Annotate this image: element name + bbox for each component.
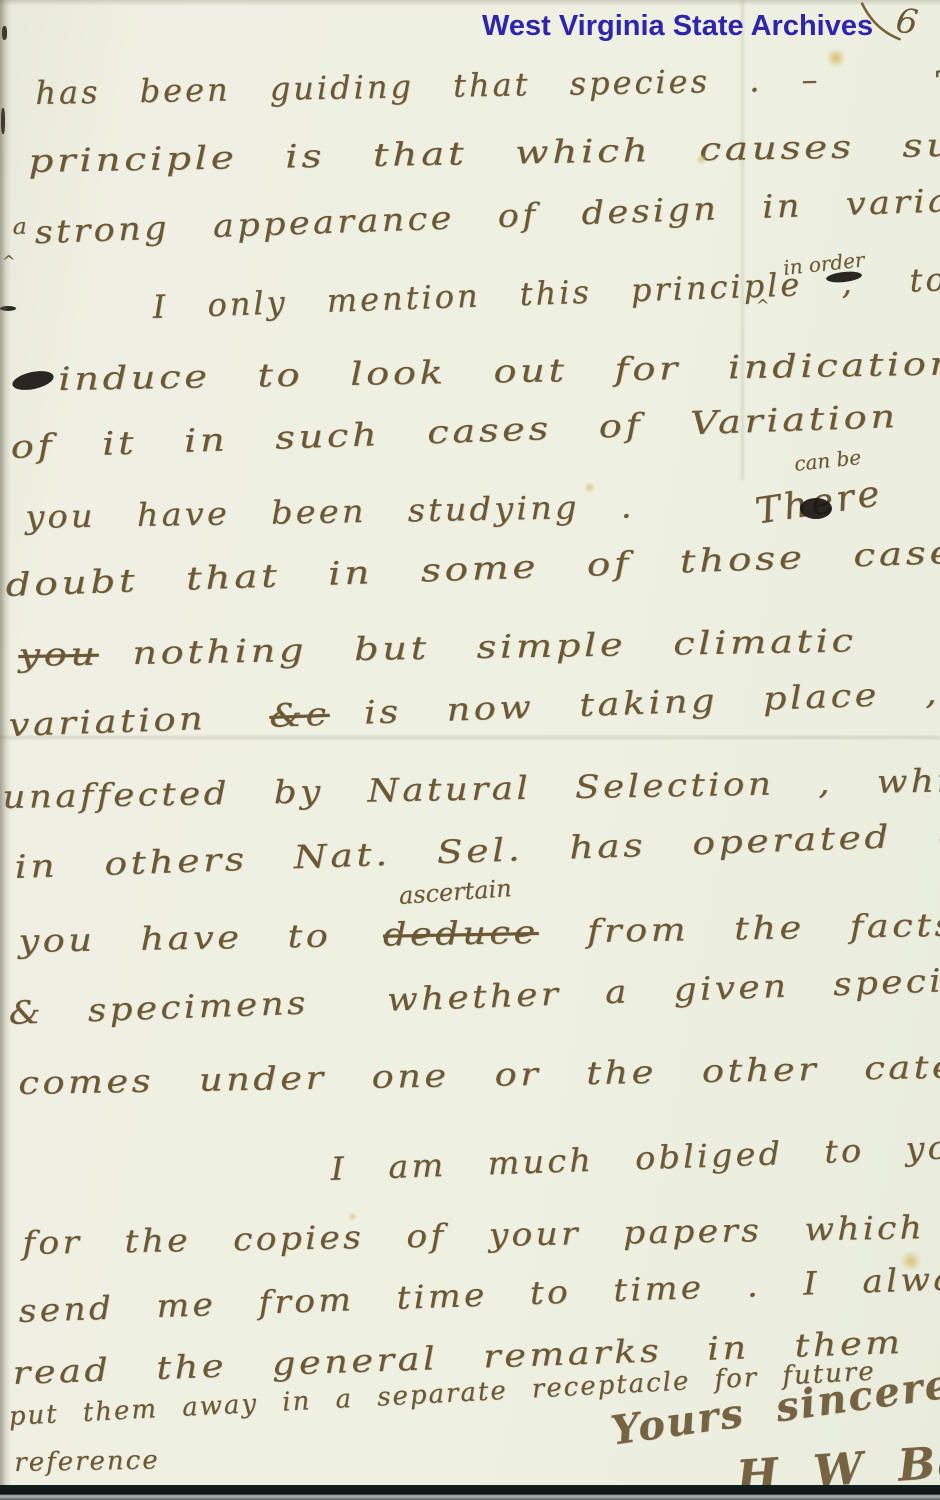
- letter-word-segment: from the facts: [587, 906, 940, 950]
- foxing-stain: [900, 1250, 922, 1272]
- letter-line: variation&cis now taking place ,: [8, 673, 940, 743]
- letter-word-segment: comes under one or the other category .: [18, 1045, 940, 1102]
- paper-left-edge: [0, 0, 11, 1500]
- letter-line: unaffected by Natural Selection , whilst: [2, 760, 940, 816]
- letter-line: has been guiding that species . –This: [35, 55, 940, 113]
- foxing-stain: [696, 154, 707, 165]
- letter-word-segment: reference: [14, 1445, 160, 1478]
- letter-word-segment: doubt that in some of those cases: [5, 532, 940, 604]
- letter-word-segment: &c: [269, 695, 331, 735]
- letter-word-segment: deduce: [383, 913, 539, 954]
- letter-word-segment: nothing but simple climatic: [132, 621, 857, 672]
- interlinear-insertion: ^: [756, 296, 769, 315]
- letter-word-segment: induce to look out for indications: [58, 344, 940, 398]
- paper-top-edge: [0, 0, 940, 6]
- foxing-stain: [584, 482, 595, 493]
- letter-line: astrong appearance of design in variatio…: [12, 176, 940, 252]
- interlinear-insertion: ascertain: [398, 874, 513, 910]
- foxing-stain: [826, 48, 846, 68]
- letter-line: comes under one or the other category .: [18, 1045, 940, 1102]
- edge-speck: [2, 26, 7, 40]
- letter-word-segment: strong appearance of design in variation…: [34, 176, 940, 251]
- letter-line: & specimenswhether a given species: [8, 960, 940, 1032]
- foxing-stain: [348, 1212, 357, 1221]
- letter-word-segment: I am much obliged to you: [330, 1127, 940, 1187]
- interlinear-insertion: can be: [793, 445, 862, 476]
- archives-stamp: West Virginia State Archives: [482, 10, 873, 43]
- ink-blot: [800, 498, 832, 519]
- letter-line: in others Nat. Sel. has operated &: [14, 814, 940, 886]
- scan-bottom-edge: [0, 1485, 940, 1500]
- letter-word-segment: This: [932, 46, 940, 106]
- letter-line: principle is that which causes such: [28, 125, 940, 180]
- letter-word-segment: variation: [8, 699, 207, 744]
- letter-line: send me from time to time . I always: [18, 1258, 940, 1330]
- letter-line: induce to look out for indications: [58, 344, 940, 398]
- letter-word-segment: send me from time to time . I always: [18, 1258, 940, 1330]
- letter-word-segment: you have to: [18, 917, 332, 960]
- letter-line: doubt that in some of those cases: [5, 532, 940, 604]
- scanned-letter-page: West Virginia State Archives 6 has been …: [0, 0, 940, 1500]
- letter-word-segment: you have been studying .: [25, 487, 635, 536]
- ink-blot: [11, 368, 56, 393]
- letter-word-segment: to: [909, 260, 940, 299]
- letter-word-segment: I only mention this principle ,: [152, 263, 855, 325]
- letter-word-segment: principle is that which causes such: [28, 125, 940, 180]
- pen-swoop-stroke: [854, 0, 906, 53]
- letter-word-segment: unaffected by Natural Selection , whilst: [2, 760, 940, 816]
- page-number: 6: [893, 1, 920, 44]
- letter-word-segment: a: [12, 214, 30, 240]
- letter-word-segment: has been guiding that species . –: [35, 60, 821, 112]
- letter-line: I am much obliged to you: [330, 1127, 940, 1187]
- letter-line: reference: [14, 1445, 160, 1478]
- letter-word-segment: whether a given species: [386, 960, 940, 1019]
- letter-word-segment: for the copies of your papers which you: [22, 1206, 940, 1262]
- letter-word-segment: & specimens: [8, 984, 309, 1032]
- edge-speck: [1, 108, 5, 134]
- letter-word-segment: you: [18, 635, 99, 674]
- letter-line: younothing but simple climatic: [18, 621, 857, 674]
- letter-word-segment: is now taking place ,: [363, 673, 940, 731]
- letter-word-segment: in others Nat. Sel. has operated &: [14, 814, 940, 886]
- letter-line: you have todeducefrom the facts: [18, 906, 940, 960]
- letter-line: for the copies of your papers which you: [22, 1206, 940, 1262]
